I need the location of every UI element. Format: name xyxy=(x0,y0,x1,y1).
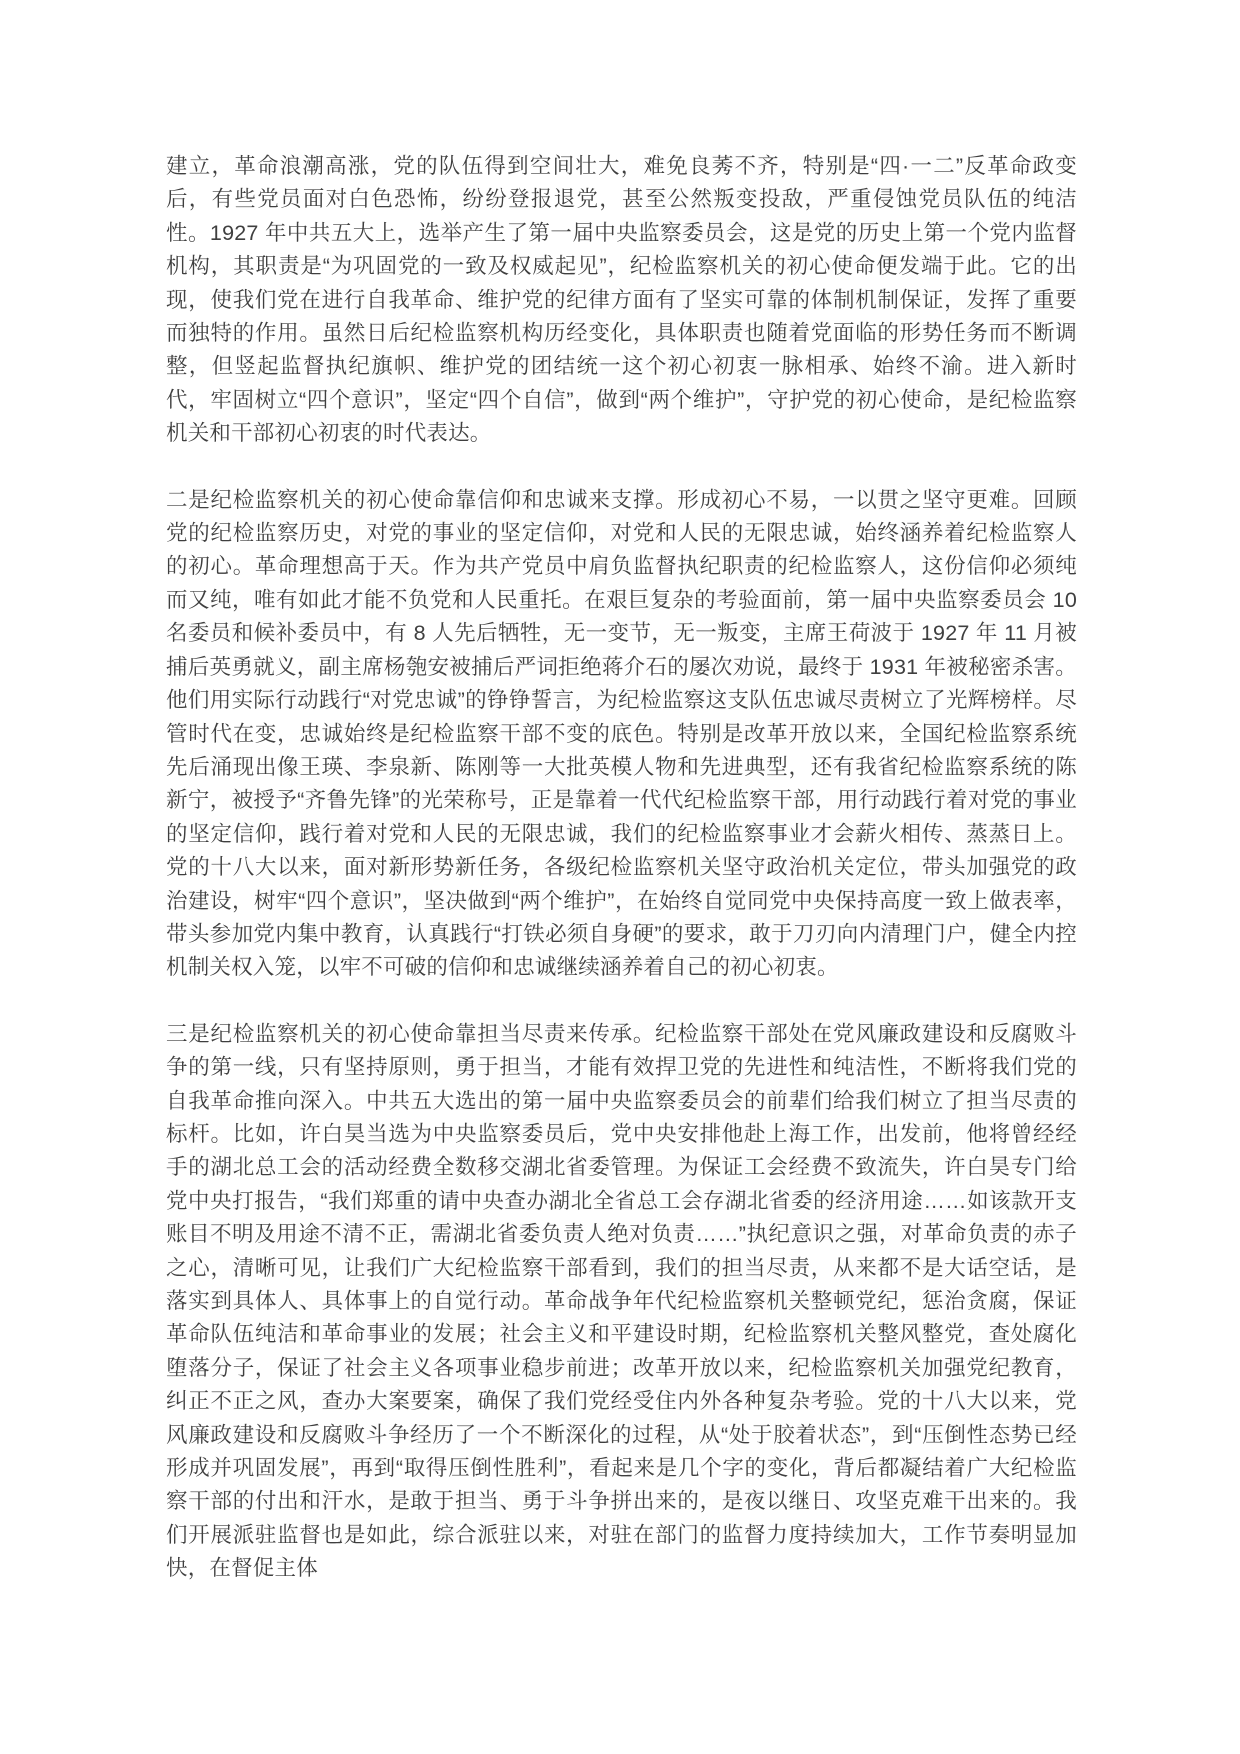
paragraph-third-point: 三是纪检监察机关的初心使命靠担当尽责来传承。纪检监察干部处在党风廉政建设和反腐败… xyxy=(166,1018,1077,1586)
paragraph-continuation: 建立，革命浪潮高涨，党的队伍得到空间壮大，难免良莠不齐，特别是“四·一二”反革命… xyxy=(166,150,1077,451)
paragraph-second-point: 二是纪检监察机关的初心使命靠信仰和忠诚来支撑。形成初心不易，一以贯之坚守更难。回… xyxy=(166,484,1077,985)
document-page: 建立，革命浪潮高涨，党的队伍得到空间壮大，难免良莠不齐，特别是“四·一二”反革命… xyxy=(0,0,1240,1754)
